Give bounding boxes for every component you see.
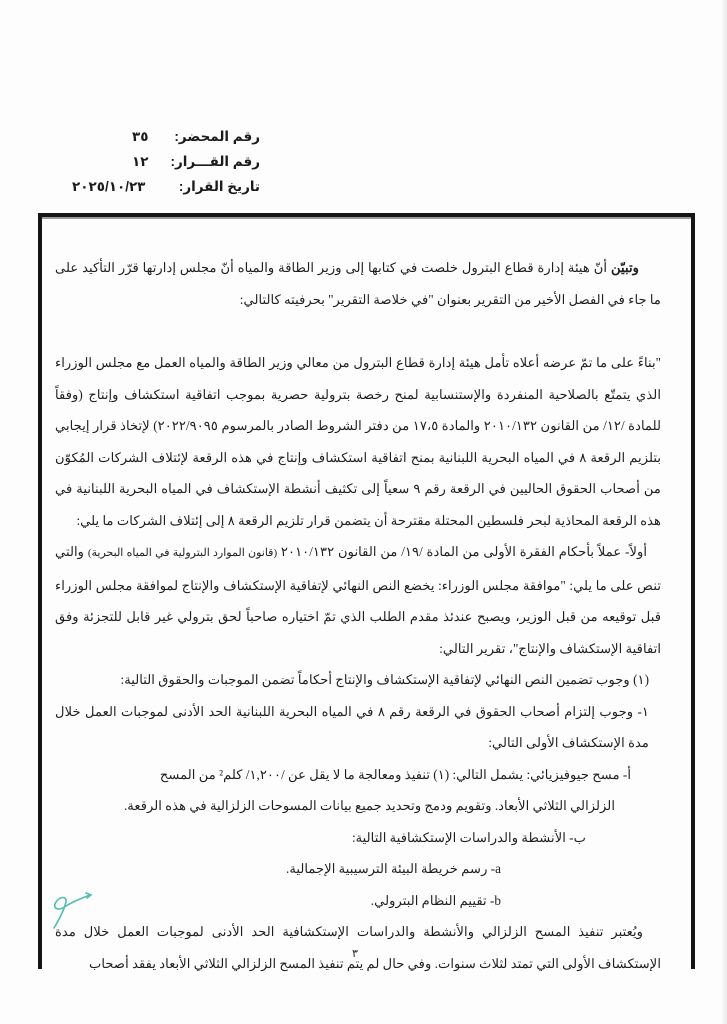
document-body: وتبيّن أنّ هيئة إدارة قطاع البترول خلصت … [55,252,661,979]
intro-text: أنّ هيئة إدارة قطاع البترول خلصت في كتاب… [55,260,661,307]
sub-item-a-text: - رسم خريطة البيئة الترسيبية الإجمالية. [286,861,495,876]
decision-date-label: تاريخ القرار: [179,174,260,199]
item-alef: أ- مسح جيوفيزيائي: يشمل التالي: (١) تنفي… [55,759,661,822]
item-1-paren: (١) وجوب تضمين النص النهائي لإتفاقية الإ… [55,664,661,696]
minutes-number-row: رقم المحضر: ٣٥ [60,124,260,149]
first-point-paragraph: أولاً- عملاً بأحكام الفقرة الأولى من الم… [55,536,661,664]
item-ba: ب- الأنشطة والدراسات الإستكشافية التالية… [55,822,661,854]
item-alef-line: أ- مسح جيوفيزيائي: يشمل التالي: (١) تنفي… [160,767,631,782]
item-alef-continuation: الزلزالي الثلاثي الأبعاد. وتقويم ودمج وت… [55,790,631,822]
minutes-number-value: ٣٥ [132,124,167,149]
page-number: ٣ [352,947,358,960]
document-page: رقم المحضر: ٣٥ رقم القـــرار: ١٢ تاريخ ا… [0,0,727,1024]
decision-number-value: ١٢ [132,149,167,174]
decision-number-row: رقم القـــرار: ١٢ [60,149,260,174]
item-1-dash: ١- وجوب إلتزام أصحاب الحقوق في الرقعة رق… [55,696,661,759]
decision-number-label: رقم القـــرار: [171,149,261,174]
signature-icon [48,888,96,936]
intro-lead: وتبيّن [611,260,639,275]
first-point-lead: أولاً- عملاً بأحكام الفقرة الأولى من الم… [277,544,647,559]
law-name: (قانون الموارد البترولية في المياه البحر… [88,547,277,559]
first-point-text: والتي تنص على ما يلي: "موافقة مجلس الوزر… [55,544,661,656]
scan-edge-shadow [721,0,727,1024]
sub-item-b-marker: b [494,893,501,908]
decision-date-row: تاريخ القرار: ٢٠٢٥/١٠/٢٣ [60,174,260,199]
closing-paragraph: ويُعتبر تنفيذ المسح الزلزالي والأنشطة وا… [55,916,661,979]
sub-item-a: a- رسم خريطة البيئة الترسيبية الإجمالية. [55,853,661,885]
quote-paragraph: "بناءً على ما تمّ عرضه أعلاه تأمل هيئة إ… [55,347,661,536]
sub-item-b: b- تقييم النظام البترولي. [55,885,661,917]
decision-date-value: ٢٠٢٥/١٠/٢٣ [72,174,172,199]
decision-meta: رقم المحضر: ٣٥ رقم القـــرار: ١٢ تاريخ ا… [60,124,260,199]
minutes-number-label: رقم المحضر: [174,124,260,149]
sub-item-a-marker: a [495,861,501,876]
intro-paragraph: وتبيّن أنّ هيئة إدارة قطاع البترول خلصت … [55,252,661,315]
sub-item-b-text: - تقييم النظام البترولي. [371,893,495,908]
